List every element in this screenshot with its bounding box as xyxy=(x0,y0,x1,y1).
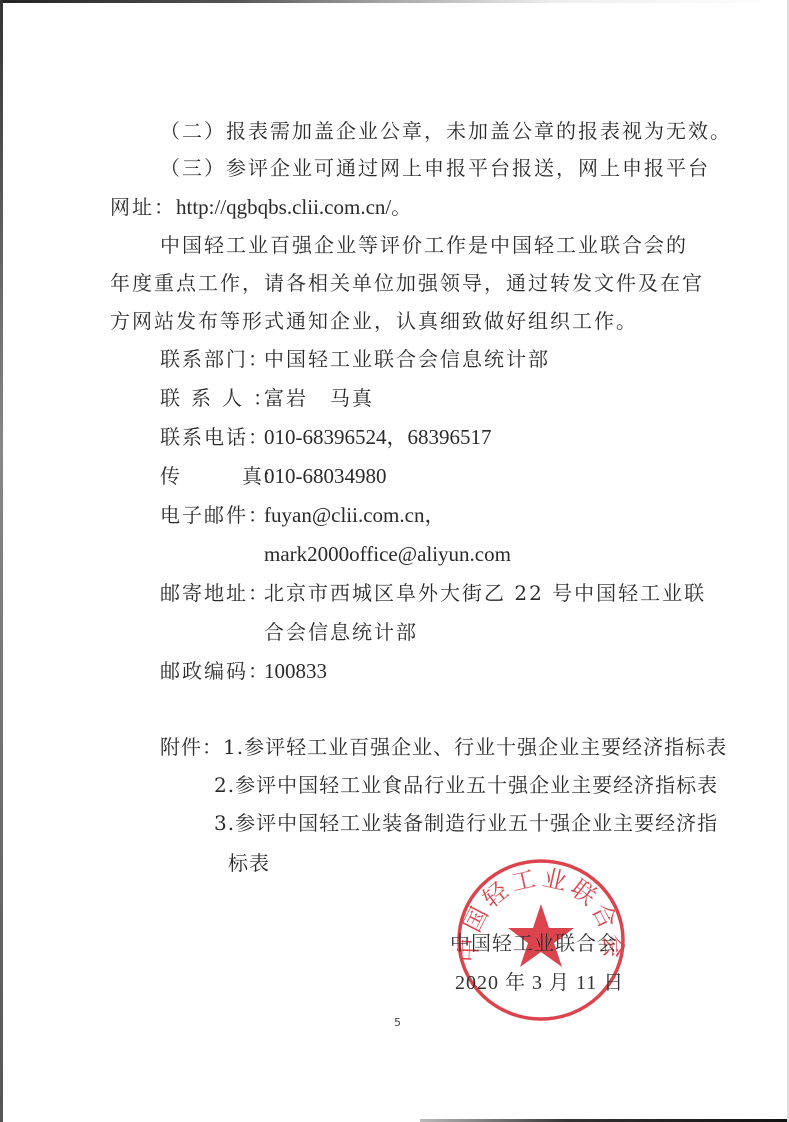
signature-date: 2020 年 3 月 11 日 xyxy=(455,966,624,995)
signature-organization: 中国轻工业联合会 xyxy=(450,927,618,956)
attachments-label: 附件： xyxy=(160,735,223,759)
contact-phone: 联系电话：010-68396524，68396517 xyxy=(160,425,492,449)
contact-department-label: 联系部门： xyxy=(160,347,264,371)
contact-postcode-label: 邮政编码： xyxy=(160,659,264,683)
contact-address-value-2: 合会信息统计部 xyxy=(264,620,418,644)
attachment-item-1: 1.参评轻工业百强企业、行业十强企业主要经济指标表 xyxy=(223,735,727,759)
contact-address-value-1: 北京市西城区阜外大街乙 22 号中国轻工业联 xyxy=(264,581,706,605)
contact-person: 联系人：富岩 马真 xyxy=(160,386,374,410)
contact-department-value: 中国轻工业联合会信息统计部 xyxy=(264,347,550,371)
paragraph-item-2: （二）报表需加盖企业公章，未加盖公章的报表视为无效。 xyxy=(160,119,732,143)
page-number: 5 xyxy=(394,1016,401,1029)
contact-department: 联系部门：中国轻工业联合会信息统计部 xyxy=(160,347,550,371)
contact-email-label: 电子邮件： xyxy=(160,503,264,527)
contact-address: 邮寄地址：北京市西城区阜外大街乙 22 号中国轻工业联 xyxy=(160,581,706,605)
contact-email: 电子邮件：fuyan@clii.com.cn， xyxy=(160,503,445,527)
platform-url-link[interactable]: http://qgbqbs.clii.com.cn/ xyxy=(176,195,391,219)
contact-email-value-1[interactable]: fuyan@clii.com.cn， xyxy=(264,503,445,527)
contact-phone-value: 010-68396524，68396517 xyxy=(264,425,492,449)
contact-fax-value: 010-68034980 xyxy=(264,464,387,488)
scan-edge-top xyxy=(0,0,789,3)
contact-postcode-value: 100833 xyxy=(264,659,327,683)
contact-email-line-2: mark2000office@aliyun.com xyxy=(264,542,511,566)
contact-phone-label: 联系电话： xyxy=(160,425,264,449)
notice-paragraph-line-1: 中国轻工业百强企业等评价工作是中国轻工业联合会的 xyxy=(160,233,688,257)
contact-person-value: 富岩 马真 xyxy=(264,386,374,410)
scan-edge-left xyxy=(0,0,3,1122)
paragraph-item-3-url-line: 网址：http://qgbqbs.clii.com.cn/。 xyxy=(110,195,413,219)
attachment-item-3-cont: 标表 xyxy=(228,851,270,875)
contact-fax-label: 传真： xyxy=(160,464,264,488)
attachments: 附件：1.参评轻工业百强企业、行业十强企业主要经济指标表 xyxy=(160,735,727,759)
contact-address-label: 邮寄地址： xyxy=(160,581,264,605)
contact-email-value-2[interactable]: mark2000office@aliyun.com xyxy=(264,542,511,566)
contact-fax: 传真：010-68034980 xyxy=(160,464,387,488)
contact-person-label: 联系人： xyxy=(160,386,264,410)
notice-paragraph-line-2: 年度重点工作，请各相关单位加强领导，通过转发文件及在官 xyxy=(110,271,704,295)
attachment-item-3: 3.参评中国轻工业装备制造行业五十强企业主要经济指 xyxy=(214,811,718,835)
fax-label-a: 传 xyxy=(160,464,180,488)
url-period: 。 xyxy=(391,195,413,219)
contact-postcode: 邮政编码：100833 xyxy=(160,659,327,683)
attachment-item-2: 2.参评中国轻工业食品行业五十强企业主要经济指标表 xyxy=(214,773,718,797)
url-label: 网址： xyxy=(110,195,176,219)
notice-paragraph-line-3: 方网站发布等形式通知企业，认真细致做好组织工作。 xyxy=(110,309,638,333)
paragraph-item-3: （三）参评企业可通过网上申报平台报送，网上申报平台 xyxy=(160,156,710,180)
